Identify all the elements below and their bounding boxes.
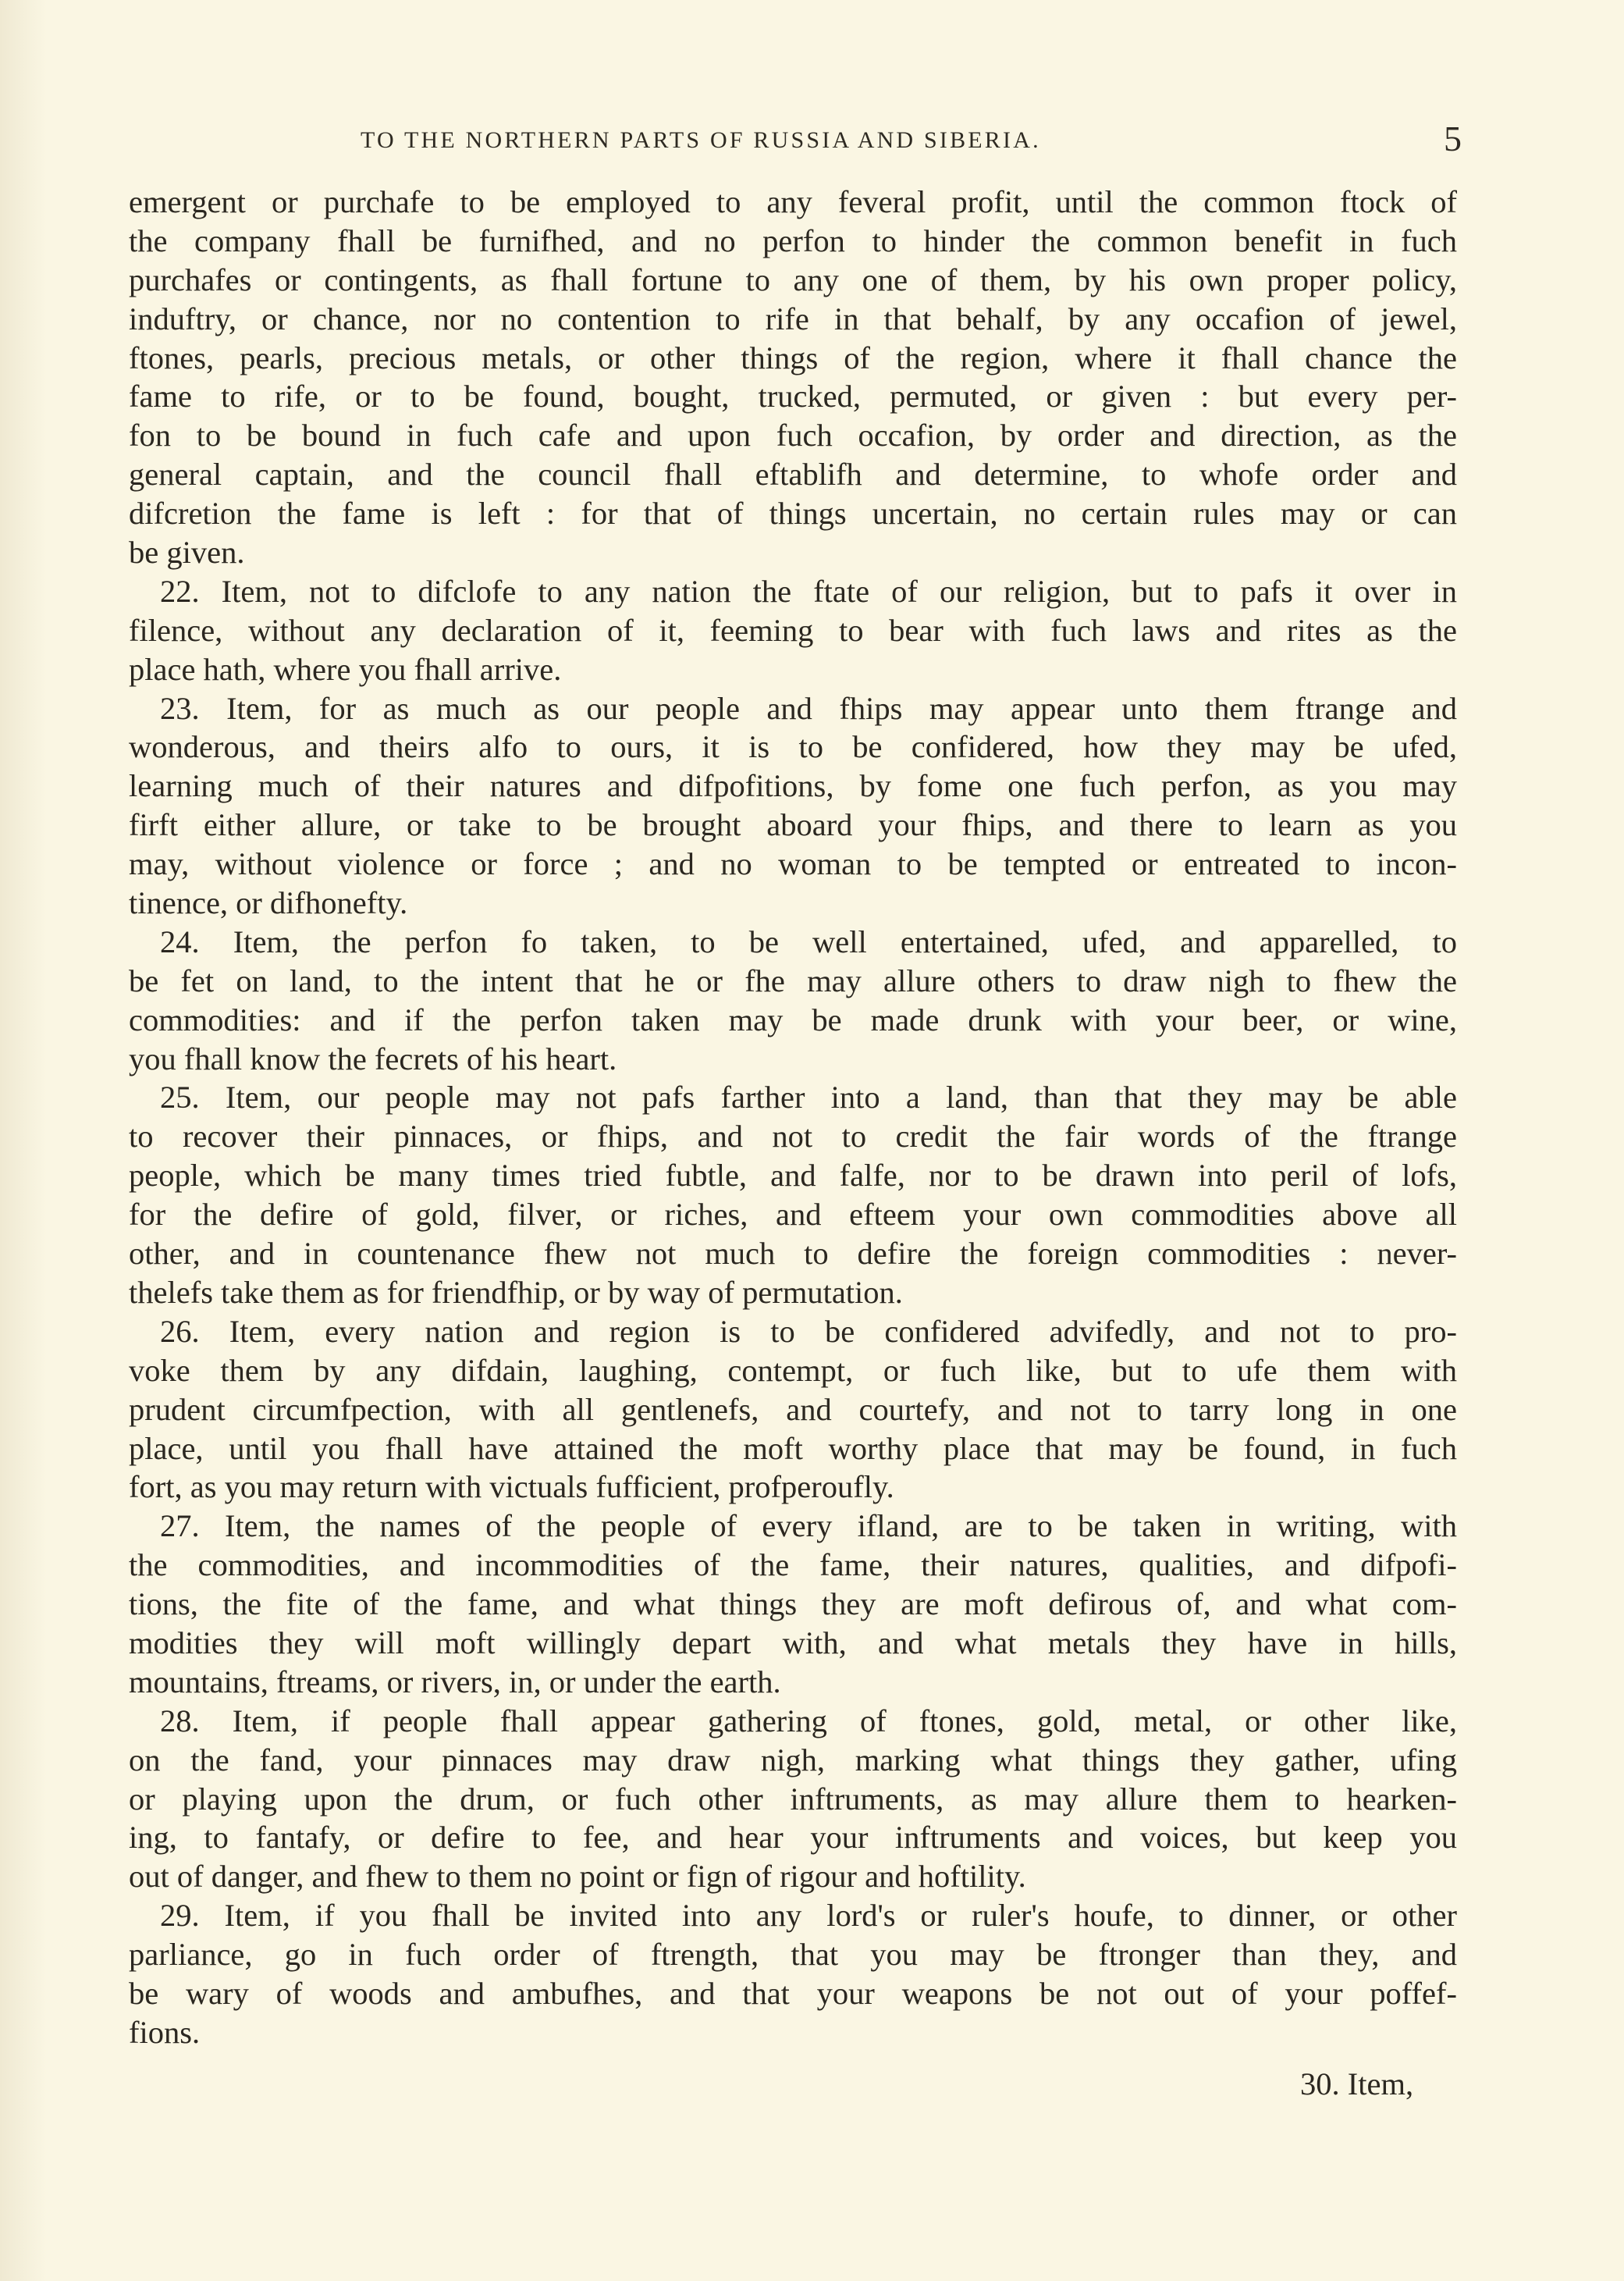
text-line: be wary of woods and ambufhes, and that …: [129, 1974, 1457, 2013]
text-line: fions.: [129, 2013, 1457, 2052]
text-line: 26. Item, every nation and region is to …: [129, 1312, 1457, 1351]
text-line: other, and in countenance fhew not much …: [129, 1234, 1457, 1273]
text-line: fon to be bound in fuch cafe and upon fu…: [129, 416, 1457, 455]
paragraph-item-28: 28. Item, if people fhall appear gatheri…: [129, 1702, 1457, 1896]
text-line: parliance, go in fuch order of ftrength,…: [129, 1935, 1457, 1974]
text-line: 27. Item, the names of the people of eve…: [129, 1507, 1457, 1546]
text-line: wonderous, and theirs alfo to ours, it i…: [129, 728, 1457, 767]
text-line: 22. Item, not to difclofe to any nation …: [129, 572, 1457, 611]
text-line: the company fhall be furnifhed, and no p…: [129, 222, 1457, 261]
text-line: general captain, and the council fhall e…: [129, 455, 1457, 494]
text-line: tions, the fite of the fame, and what th…: [129, 1585, 1457, 1624]
text-line: learning much of their natures and difpo…: [129, 767, 1457, 806]
text-line: mountains, ftreams, or rivers, in, or un…: [129, 1663, 1457, 1702]
paragraph-item-29: 29. Item, if you fhall be invited into a…: [129, 1896, 1457, 2052]
text-line: purchafes or contingents, as fhall fortu…: [129, 261, 1457, 300]
text-line: prudent circumfpection, with all gentlen…: [129, 1390, 1457, 1429]
text-line: fort, as you may return with victuals fu…: [129, 1468, 1457, 1507]
text-line: 25. Item, our people may not pafs farthe…: [129, 1078, 1457, 1117]
text-line: may, without violence or force ; and no …: [129, 845, 1457, 884]
text-line: or playing upon the drum, or fuch other …: [129, 1780, 1457, 1819]
text-line: the commodities, and incommodities of th…: [129, 1546, 1457, 1585]
text-line: firft either allure, or take to be broug…: [129, 806, 1457, 845]
text-line: ing, to fantafy, or defire to fee, and h…: [129, 1818, 1457, 1857]
paragraph-item-23: 23. Item, for as much as our people and …: [129, 689, 1457, 923]
text-line: to recover their pinnaces, or fhips, and…: [129, 1117, 1457, 1156]
paragraph-item-25: 25. Item, our people may not pafs farthe…: [129, 1078, 1457, 1311]
text-line: induftry, or chance, nor no contention t…: [129, 300, 1457, 339]
catchword: 30. Item,: [1300, 2065, 1413, 2104]
paragraph-continuation: emergent or purchafe to be employed to a…: [129, 183, 1457, 572]
text-line: tinence, or difhonefty.: [129, 884, 1457, 923]
paragraph-item-24: 24. Item, the perfon fo taken, to be wel…: [129, 923, 1457, 1079]
text-line: fame to rife, or to be found, bought, tr…: [129, 377, 1457, 416]
text-line: voke them by any difdain, laughing, cont…: [129, 1351, 1457, 1390]
body-text: emergent or purchafe to be employed to a…: [129, 183, 1457, 2052]
text-line: be fet on land, to the intent that he or…: [129, 962, 1457, 1001]
book-page: TO THE NORTHERN PARTS OF RUSSIA AND SIBE…: [0, 0, 1624, 2281]
running-head: TO THE NORTHERN PARTS OF RUSSIA AND SIBE…: [361, 125, 1242, 156]
text-line: filence, without any declaration of it, …: [129, 611, 1457, 650]
text-line: be given.: [129, 533, 1457, 572]
text-line: emergent or purchafe to be employed to a…: [129, 183, 1457, 222]
paragraph-item-27: 27. Item, the names of the people of eve…: [129, 1507, 1457, 1701]
text-line: people, which be many times tried fubtle…: [129, 1156, 1457, 1195]
page-number: 5: [1444, 117, 1462, 161]
text-line: 29. Item, if you fhall be invited into a…: [129, 1896, 1457, 1935]
text-line: 28. Item, if people fhall appear gatheri…: [129, 1702, 1457, 1741]
text-line: thelefs take them as for friendfhip, or …: [129, 1273, 1457, 1312]
text-line: you fhall know the fecrets of his heart.: [129, 1040, 1457, 1079]
text-line: 23. Item, for as much as our people and …: [129, 689, 1457, 728]
text-line: place hath, where you fhall arrive.: [129, 650, 1457, 689]
text-line: commodities: and if the perfon taken may…: [129, 1001, 1457, 1040]
text-line: modities they will moft willingly depart…: [129, 1624, 1457, 1663]
text-line: difcretion the fame is left : for that o…: [129, 494, 1457, 533]
paragraph-item-22: 22. Item, not to difclofe to any nation …: [129, 572, 1457, 689]
text-line: 24. Item, the perfon fo taken, to be wel…: [129, 923, 1457, 962]
paragraph-item-26: 26. Item, every nation and region is to …: [129, 1312, 1457, 1507]
text-line: ftones, pearls, precious metals, or othe…: [129, 339, 1457, 378]
text-line: place, until you fhall have attained the…: [129, 1429, 1457, 1468]
text-line: on the fand, your pinnaces may draw nigh…: [129, 1741, 1457, 1780]
text-line: out of danger, and fhew to them no point…: [129, 1857, 1457, 1896]
text-line: for the defire of gold, filver, or riche…: [129, 1195, 1457, 1234]
